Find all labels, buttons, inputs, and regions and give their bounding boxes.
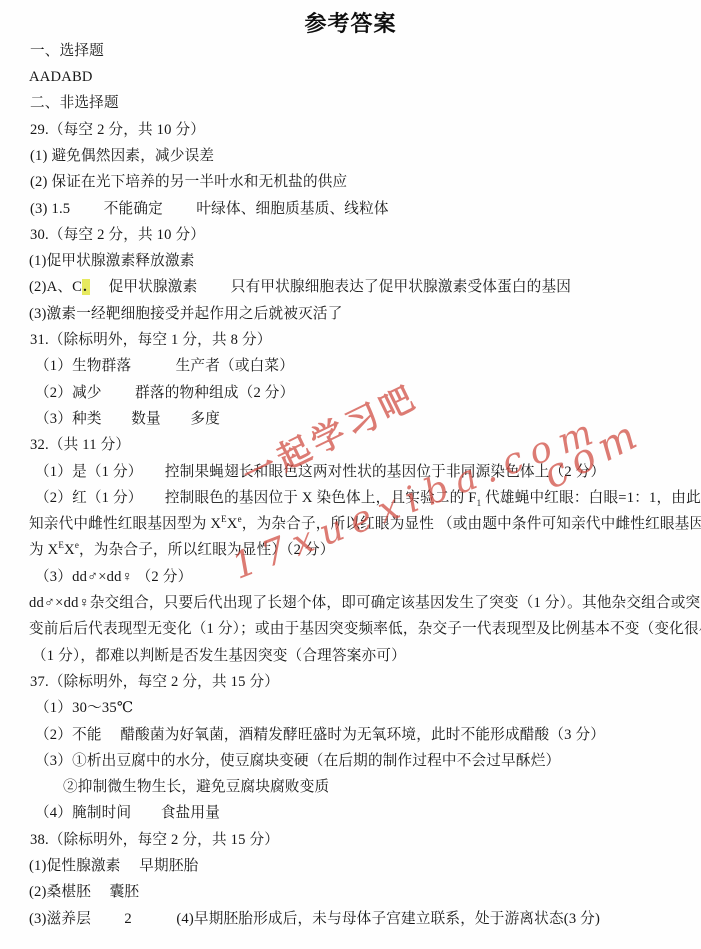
answer-line: （2）不能 醋酸菌为好氧菌，酒精发酵旺盛时为无氧环境，此时不能形成醋酸（3 分） [0, 722, 701, 748]
answer-line: （3）种类 数量 多度 [0, 406, 701, 432]
answer-line: （2）减少 群落的物种组成（2 分） [0, 380, 701, 406]
answer-line: （1）30～35℃ [0, 695, 701, 721]
answer-line: （4）腌制时间 食盐用量 [0, 800, 701, 826]
answer-line: 变前后后代表现型无变化（1 分）；或由于基因突变频率低，杂交子一代表现型及比例基… [0, 616, 701, 642]
answer-line: (2) 保证在光下培养的另一半叶水和无机盐的供应 [0, 169, 701, 195]
answer-line: ②抑制微生物生长，避免豆腐块腐败变质 [0, 774, 701, 800]
answer-line: （1）是（1 分） 控制果蝇翅长和眼色这两对性状的基因位于非同源染色体上（2 分… [0, 459, 701, 485]
answer-line: (3)激素一经靶细胞接受并起作用之后就被灭活了 [0, 301, 701, 327]
answer-line: 29.（每空 2 分，共 10 分） [0, 117, 701, 143]
answer-line: AADABD [0, 64, 701, 90]
answer-line: 二、非选择题 [0, 90, 701, 116]
answer-line: 一、选择题 [0, 38, 701, 64]
answer-sheet-page: 参考答案 一、选择题AADABD二、非选择题29.（每空 2 分，共 10 分）… [0, 0, 701, 949]
answer-line: （3）dd♂×dd♀ （2 分） [0, 564, 701, 590]
answer-line: 38.（除标明外，每空 2 分，共 15 分） [0, 827, 701, 853]
answer-line: 30.（每空 2 分，共 10 分） [0, 222, 701, 248]
answer-body: 一、选择题AADABD二、非选择题29.（每空 2 分，共 10 分）(1) 避… [0, 38, 701, 932]
answer-line: 知亲代中雌性红眼基因型为 XEXe，为杂合子，所以红眼为显性 （或由题中条件可知… [0, 511, 701, 537]
answer-line: (1)促性腺激素 早期胚胎 [0, 853, 701, 879]
answer-line: 32.（共 11 分） [0, 432, 701, 458]
answer-line: dd♂×dd♀杂交组合，只要后代出现了长翅个体，即可确定该基因发生了突变（1 分… [0, 590, 701, 616]
answer-line: （1）生物群落 生产者（或白菜） [0, 353, 701, 379]
answer-line: 37.（除标明外，每空 2 分，共 15 分） [0, 669, 701, 695]
answer-line: (3)滋养层 2 (4)早期胚胎形成后，未与母体子宫建立联系，处于游离状态(3 … [0, 906, 701, 932]
answer-line: （1 分），都难以判断是否发生基因突变（合理答案亦可） [0, 643, 701, 669]
answer-line: (1)促甲状腺激素释放激素 [0, 248, 701, 274]
answer-line: 为 XEXe，为杂合子，所以红眼为显性）（2 分） [0, 537, 701, 563]
answer-line: （2）红（1 分） 控制眼色的基因位于 X 染色体上，且实验二的 F1 代雄蝇中… [0, 485, 701, 511]
answer-line: (2)桑椹胚 囊胚 [0, 879, 701, 905]
answer-line: (2)A、C. 促甲状腺激素 只有甲状腺细胞表达了促甲状腺激素受体蛋白的基因 [0, 274, 701, 300]
answer-line: （3）①析出豆腐中的水分，使豆腐块变硬（在后期的制作过程中不会过早酥烂） [0, 748, 701, 774]
answer-line: 31.（除标明外，每空 1 分，共 8 分） [0, 327, 701, 353]
answer-line: (1) 避免偶然因素，减少误差 [0, 143, 701, 169]
page-title: 参考答案 [0, 7, 701, 38]
answer-line: (3) 1.5 不能确定 叶绿体、细胞质基质、线粒体 [0, 196, 701, 222]
